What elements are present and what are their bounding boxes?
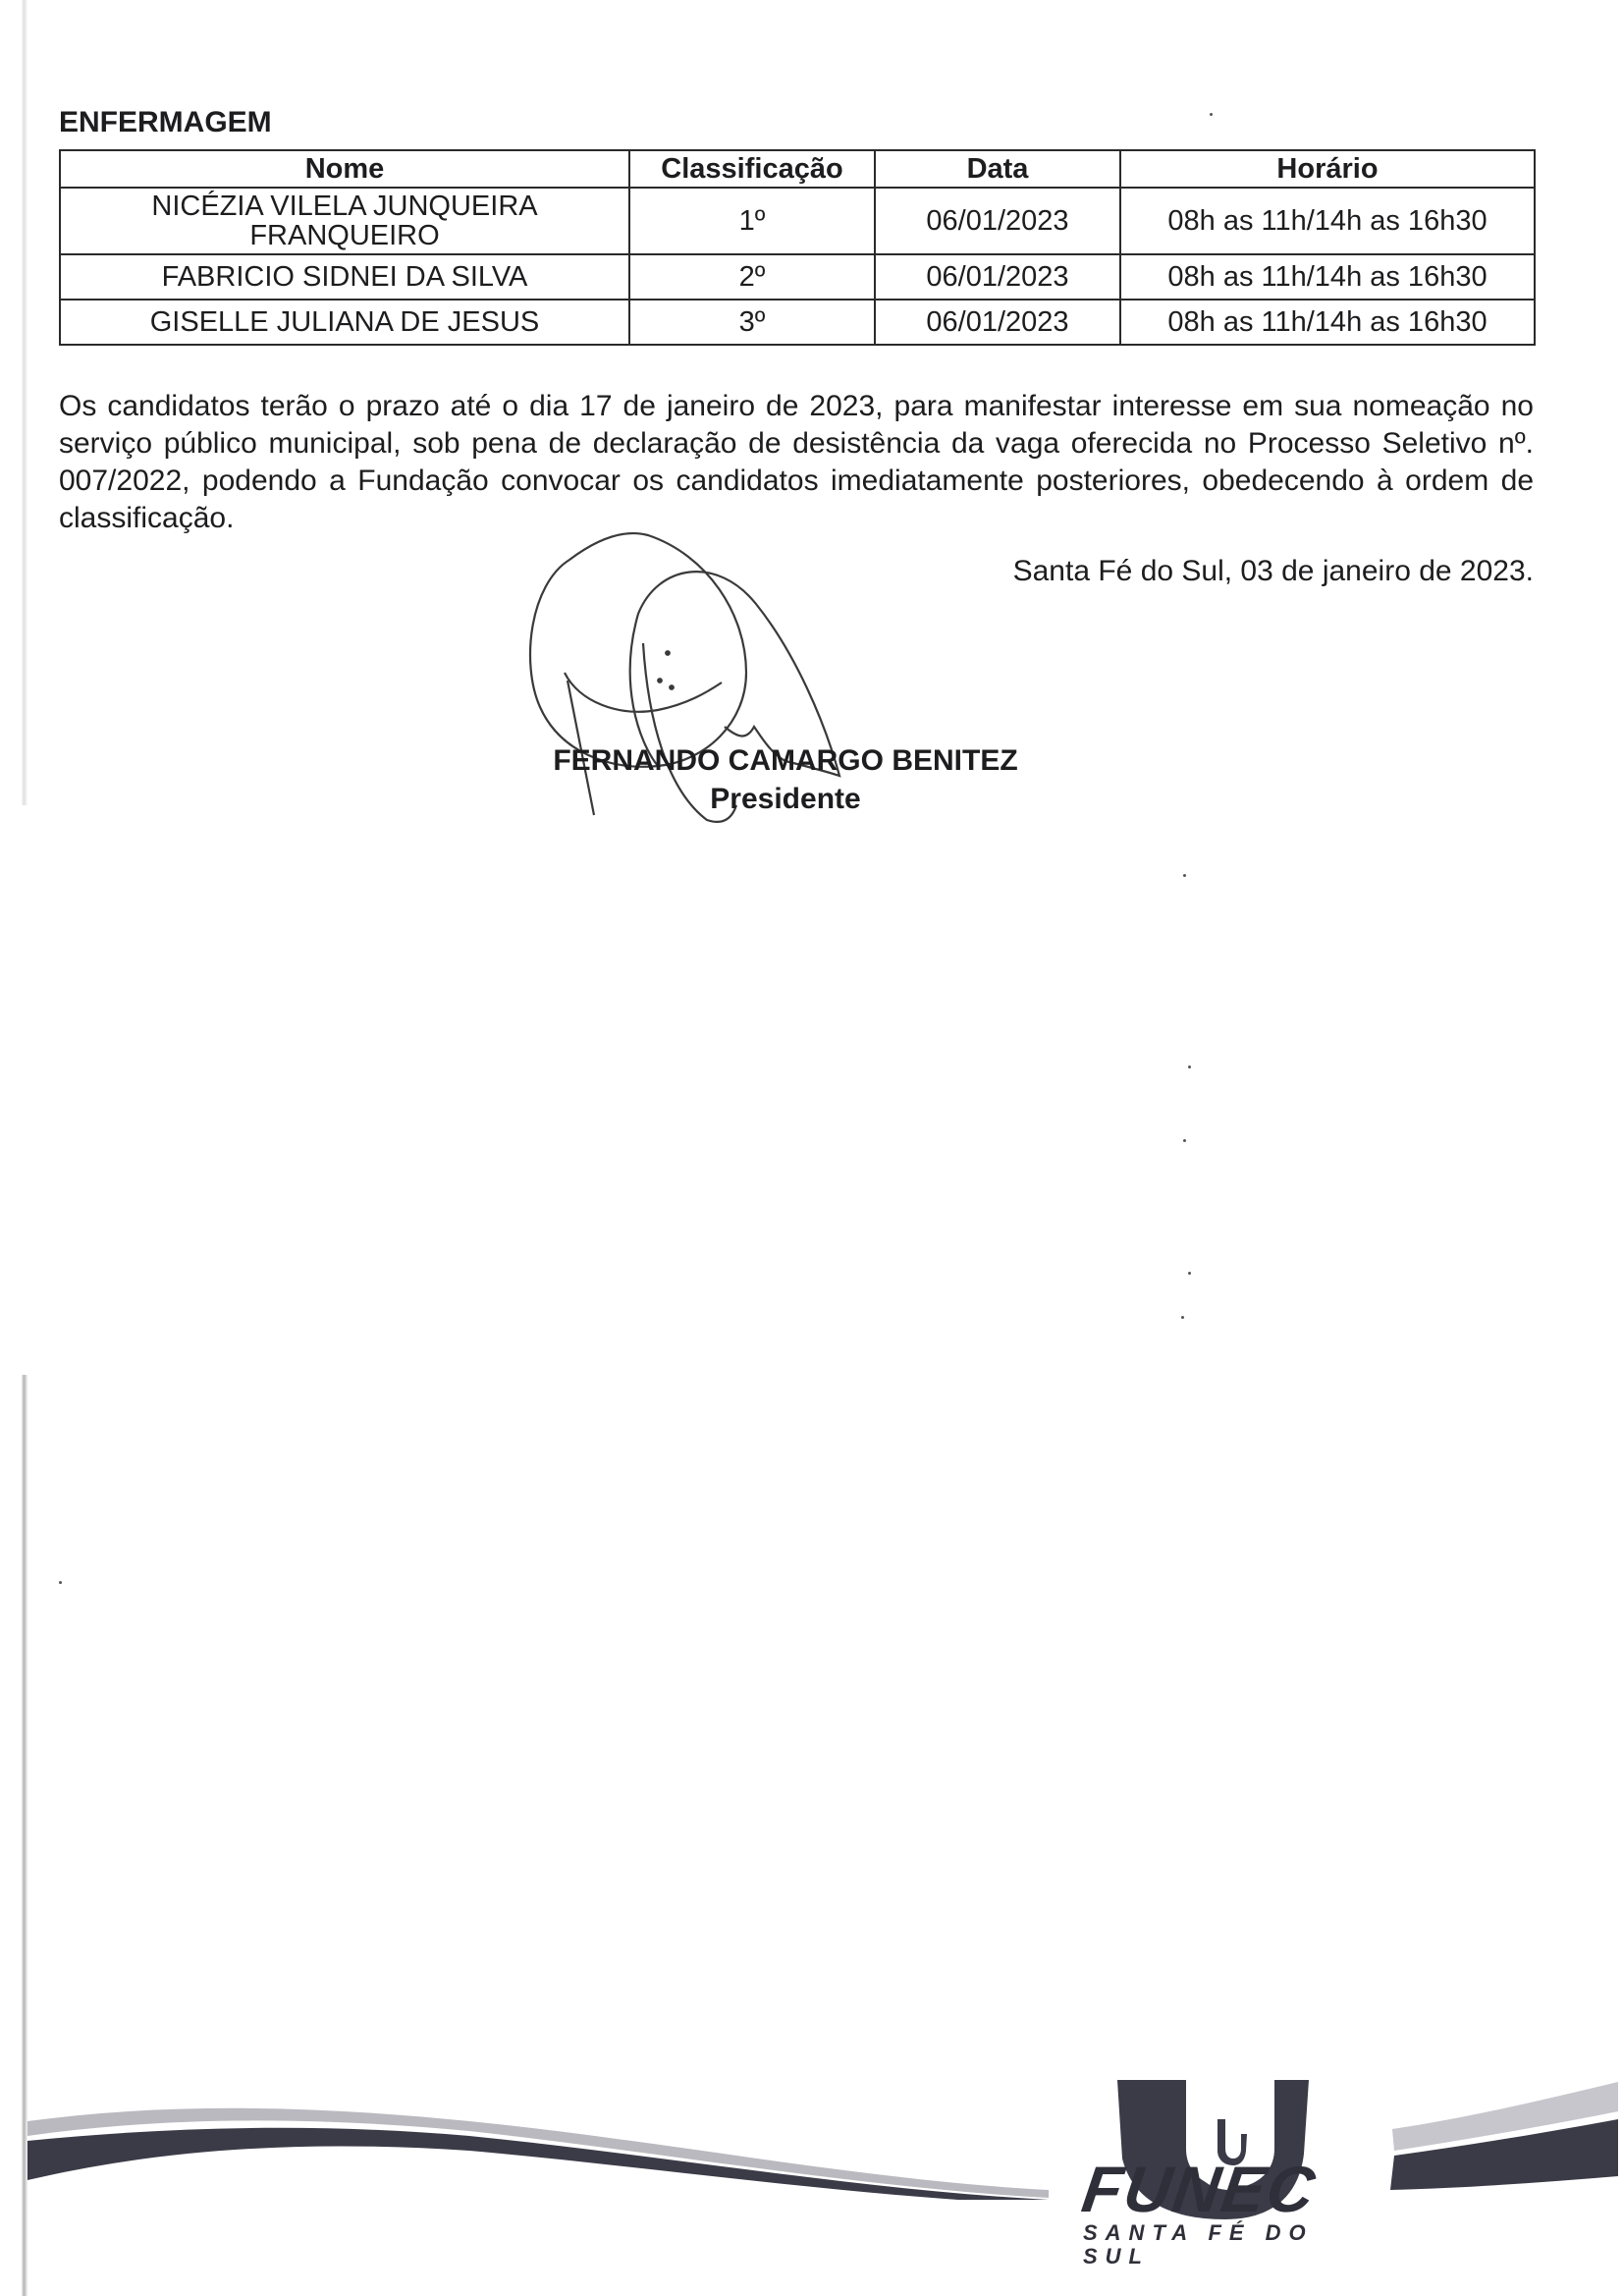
logo-wordmark: FUNEC: [1078, 2157, 1372, 2221]
cell-classificacao: 1º: [629, 188, 875, 254]
cell-nome: NICÉZIA VILELA JUNQUEIRA FRANQUEIRO: [60, 188, 629, 254]
nome-line: NICÉZIA VILELA JUNQUEIRA: [67, 191, 622, 221]
place-date: Santa Fé do Sul, 03 de janeiro de 2023.: [1013, 555, 1534, 588]
table-row: FABRICIO SIDNEI DA SILVA 2º 06/01/2023 0…: [60, 254, 1535, 300]
scan-speck: [1188, 1272, 1191, 1275]
notice-paragraph: Os candidatos terão o prazo até o dia 17…: [59, 388, 1534, 537]
header-nome: Nome: [60, 150, 629, 188]
logo-subtitle: SANTA FÉ DO SUL: [1083, 2221, 1368, 2269]
header-classificacao: Classificação: [629, 150, 875, 188]
table-header-row: Nome Classificação Data Horário: [60, 150, 1535, 188]
signer-name: FERNANDO CAMARGO BENITEZ: [511, 744, 1060, 778]
cell-horario: 08h as 11h/14h as 16h30: [1120, 300, 1535, 345]
cell-classificacao: 3º: [629, 300, 875, 345]
nome-line: FRANQUEIRO: [67, 221, 622, 250]
cell-data: 06/01/2023: [875, 300, 1120, 345]
scan-edge-shadow: [22, 0, 27, 805]
cell-nome: FABRICIO SIDNEI DA SILVA: [60, 254, 629, 300]
scan-speck: [1188, 1066, 1191, 1068]
scan-speck: [1183, 1139, 1186, 1142]
candidates-table: Nome Classificação Data Horário NICÉZIA …: [59, 149, 1536, 346]
scan-speck: [1181, 1316, 1184, 1319]
scan-speck: [59, 1581, 62, 1584]
cell-horario: 08h as 11h/14h as 16h30: [1120, 188, 1535, 254]
signer-role: Presidente: [511, 783, 1060, 816]
table-row: GISELLE JULIANA DE JESUS 3º 06/01/2023 0…: [60, 300, 1535, 345]
cell-nome: GISELLE JULIANA DE JESUS: [60, 300, 629, 345]
section-title: ENFERMAGEM: [59, 106, 272, 139]
footer-wave-decoration: [27, 2082, 1618, 2200]
cell-horario: 08h as 11h/14h as 16h30: [1120, 254, 1535, 300]
scan-speck: [1210, 113, 1213, 116]
cell-data: 06/01/2023: [875, 188, 1120, 254]
header-horario: Horário: [1120, 150, 1535, 188]
cell-classificacao: 2º: [629, 254, 875, 300]
header-data: Data: [875, 150, 1120, 188]
table-row: NICÉZIA VILELA JUNQUEIRA FRANQUEIRO 1º 0…: [60, 188, 1535, 254]
scan-speck: [1183, 874, 1186, 877]
cell-data: 06/01/2023: [875, 254, 1120, 300]
